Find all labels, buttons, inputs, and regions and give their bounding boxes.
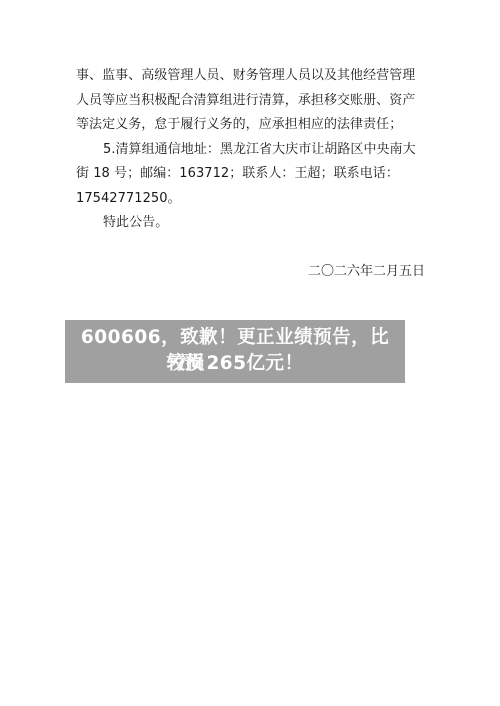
paragraph-line: 等法定义务，怠于履行义务的，应承担相应的法律责任； [76,113,428,138]
paragraph-line: 人员等应当积极配合清算组进行清算，承担移交账册、资产 [76,89,428,114]
headline-line-1: 600606，致歉！更正业绩预告，比 [65,325,405,351]
overlapping-glyphs: 较预 亏损 [166,351,206,373]
contact-phone-line: 17542771250。 [76,187,428,212]
document-body: 事、监事、高级管理人员、财务管理人员以及其他经营管理 人员等应当积极配合清算组进… [76,64,428,236]
contact-details-line: 街 18 号；邮编：163712；联系人：王超；联系电话： [76,162,428,187]
announcement-date: 二〇二六年二月五日 [308,262,425,282]
paragraph-line: 事、监事、高级管理人员、财务管理人员以及其他经营管理 [76,64,428,89]
headline-amount: 265亿元！ [206,353,303,374]
headline-line-2: 较预 亏损 265亿元！ [65,351,405,377]
contact-address-line: 5.清算组通信地址：黑龙江省大庆市让胡路区中央南大 [76,138,428,163]
closing-line: 特此公告。 [76,211,428,236]
headline-banner: 600606，致歉！更正业绩预告，比 较预 亏损 265亿元！ [65,320,405,383]
